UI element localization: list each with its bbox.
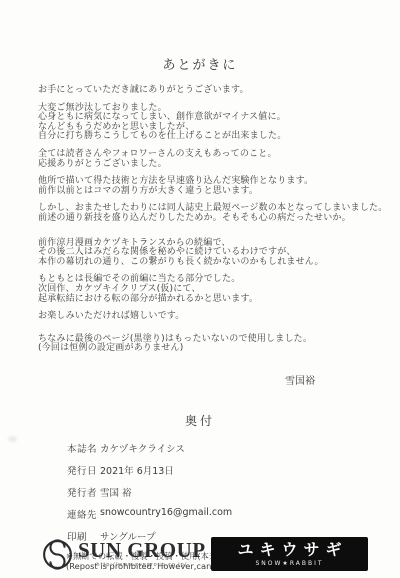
colophon-row: 本誌名 カケヅキクライシス <box>67 441 400 455</box>
author-signature: 雪国裕 <box>0 372 400 387</box>
yukiusagi-subtitle: SNOW★RABBIT <box>255 560 323 567</box>
afterword-paragraph: しかし、おまたせしたわりには同人誌史上最短ページ数の本となってしまいました。 前… <box>38 204 400 223</box>
text-line: 前作以前とはコマの割り方が大きく違うと思います。 <box>38 187 400 197</box>
sun-group-name: SUN GROUP <box>78 540 206 561</box>
colophon-value: 2021年 6月13日 <box>100 463 174 477</box>
afterword-paragraph: 他所で描いて得た技術と方法を早速盛り込んだ実験作となります。 前作以前とはコマの… <box>38 177 400 196</box>
text-line: 起承転結における転の部分が描かれるかと思います。 <box>38 295 400 305</box>
afterword-paragraph: お手にとっていただき誠にありがとうございます。 <box>38 86 400 96</box>
text-line: 本作の幕切れの通り、この繋がりも長く続かないのかもしれません。 <box>38 258 400 268</box>
afterword-paragraph: もともとは長編でその前編に当たる部分でした。 次回作、カケヅキイクリプス(仮)に… <box>38 275 400 304</box>
colophon-value contact-email: snowcountry16@gmail.com <box>100 507 232 521</box>
text-line: 応援ありがとうございました。 <box>38 160 400 170</box>
afterword-paragraph: 大変ご無沙汰しておりました。 心身ともに病気になってしまい、創作意欲がマイナス値… <box>38 104 400 142</box>
colophon-row: 連絡先 snowcountry16@gmail.com <box>67 507 400 521</box>
afterword-paragraph: 前作涼月漫画カケヅキトランスからの続編で、 その後二人はみだらな関係を秘めやに続… <box>38 239 400 268</box>
yukiusagi-logo: ユキウサギ SNOW★RABBIT <box>211 537 368 571</box>
colophon-row: 発行日 2021年 6月13日 <box>67 463 400 477</box>
sun-group-logo: SUN GROUP http://www.sungroup.co.jp/ <box>42 539 206 570</box>
colophon-value: カケヅキクライシス <box>100 441 185 455</box>
afterword-section: あとがきに お手にとっていただき誠にありがとうございます。 大変ご無沙汰しており… <box>0 0 400 387</box>
sun-group-text: SUN GROUP http://www.sungroup.co.jp/ <box>78 540 206 568</box>
text-line: 前述の通り新技を盛り込んだりしたためか。そもそも心の病だったせいか。 <box>38 214 400 224</box>
colophon-label: 発行日 <box>67 463 100 477</box>
sun-group-url: http://www.sungroup.co.jp/ <box>96 562 187 568</box>
text-line: お手にとっていただき誠にありがとうございます。 <box>38 86 400 96</box>
colophon-rows: 本誌名 カケヅキクライシス 発行日 2021年 6月13日 発行者 雪国 裕 連… <box>67 441 400 543</box>
afterword-paragraph: ちなみに最後のページ(黒塗り)はもったいないので使用しました。 (今回は恒例の設… <box>38 335 400 354</box>
colophon-row: 発行者 雪国 裕 <box>67 485 400 499</box>
text-line: (今回は恒例の設定画がありません) <box>38 344 400 354</box>
scan-artifact <box>8 436 17 442</box>
afterword-paragraph: お楽しみいただければ嬉しいです。 <box>38 312 400 322</box>
colophon-label: 本誌名 <box>67 441 100 455</box>
colophon-label: 連絡先 <box>67 507 100 521</box>
scanned-afterword-page: あとがきに お手にとっていただき誠にありがとうございます。 大変ご無沙汰しており… <box>0 0 400 578</box>
page-title: あとがきに <box>0 54 400 73</box>
text-line: 自分に打ち勝ちこうしてものを仕上げることが出来ました。 <box>38 132 400 142</box>
yukiusagi-name: ユキウサギ <box>231 542 347 558</box>
colophon-title: 奥付 <box>0 412 400 429</box>
sun-group-mark-icon <box>42 539 73 570</box>
logo-row: SUN GROUP http://www.sungroup.co.jp/ ユキウ… <box>0 537 400 571</box>
afterword-paragraph: 全ては読者さんやフォロワーさんの支えもあってのこと。 応援ありがとうございました… <box>38 150 400 169</box>
colophon-label: 発行者 <box>67 485 100 499</box>
text-line: お楽しみいただければ嬉しいです。 <box>38 312 400 322</box>
colophon-value: 雪国 裕 <box>100 485 132 499</box>
